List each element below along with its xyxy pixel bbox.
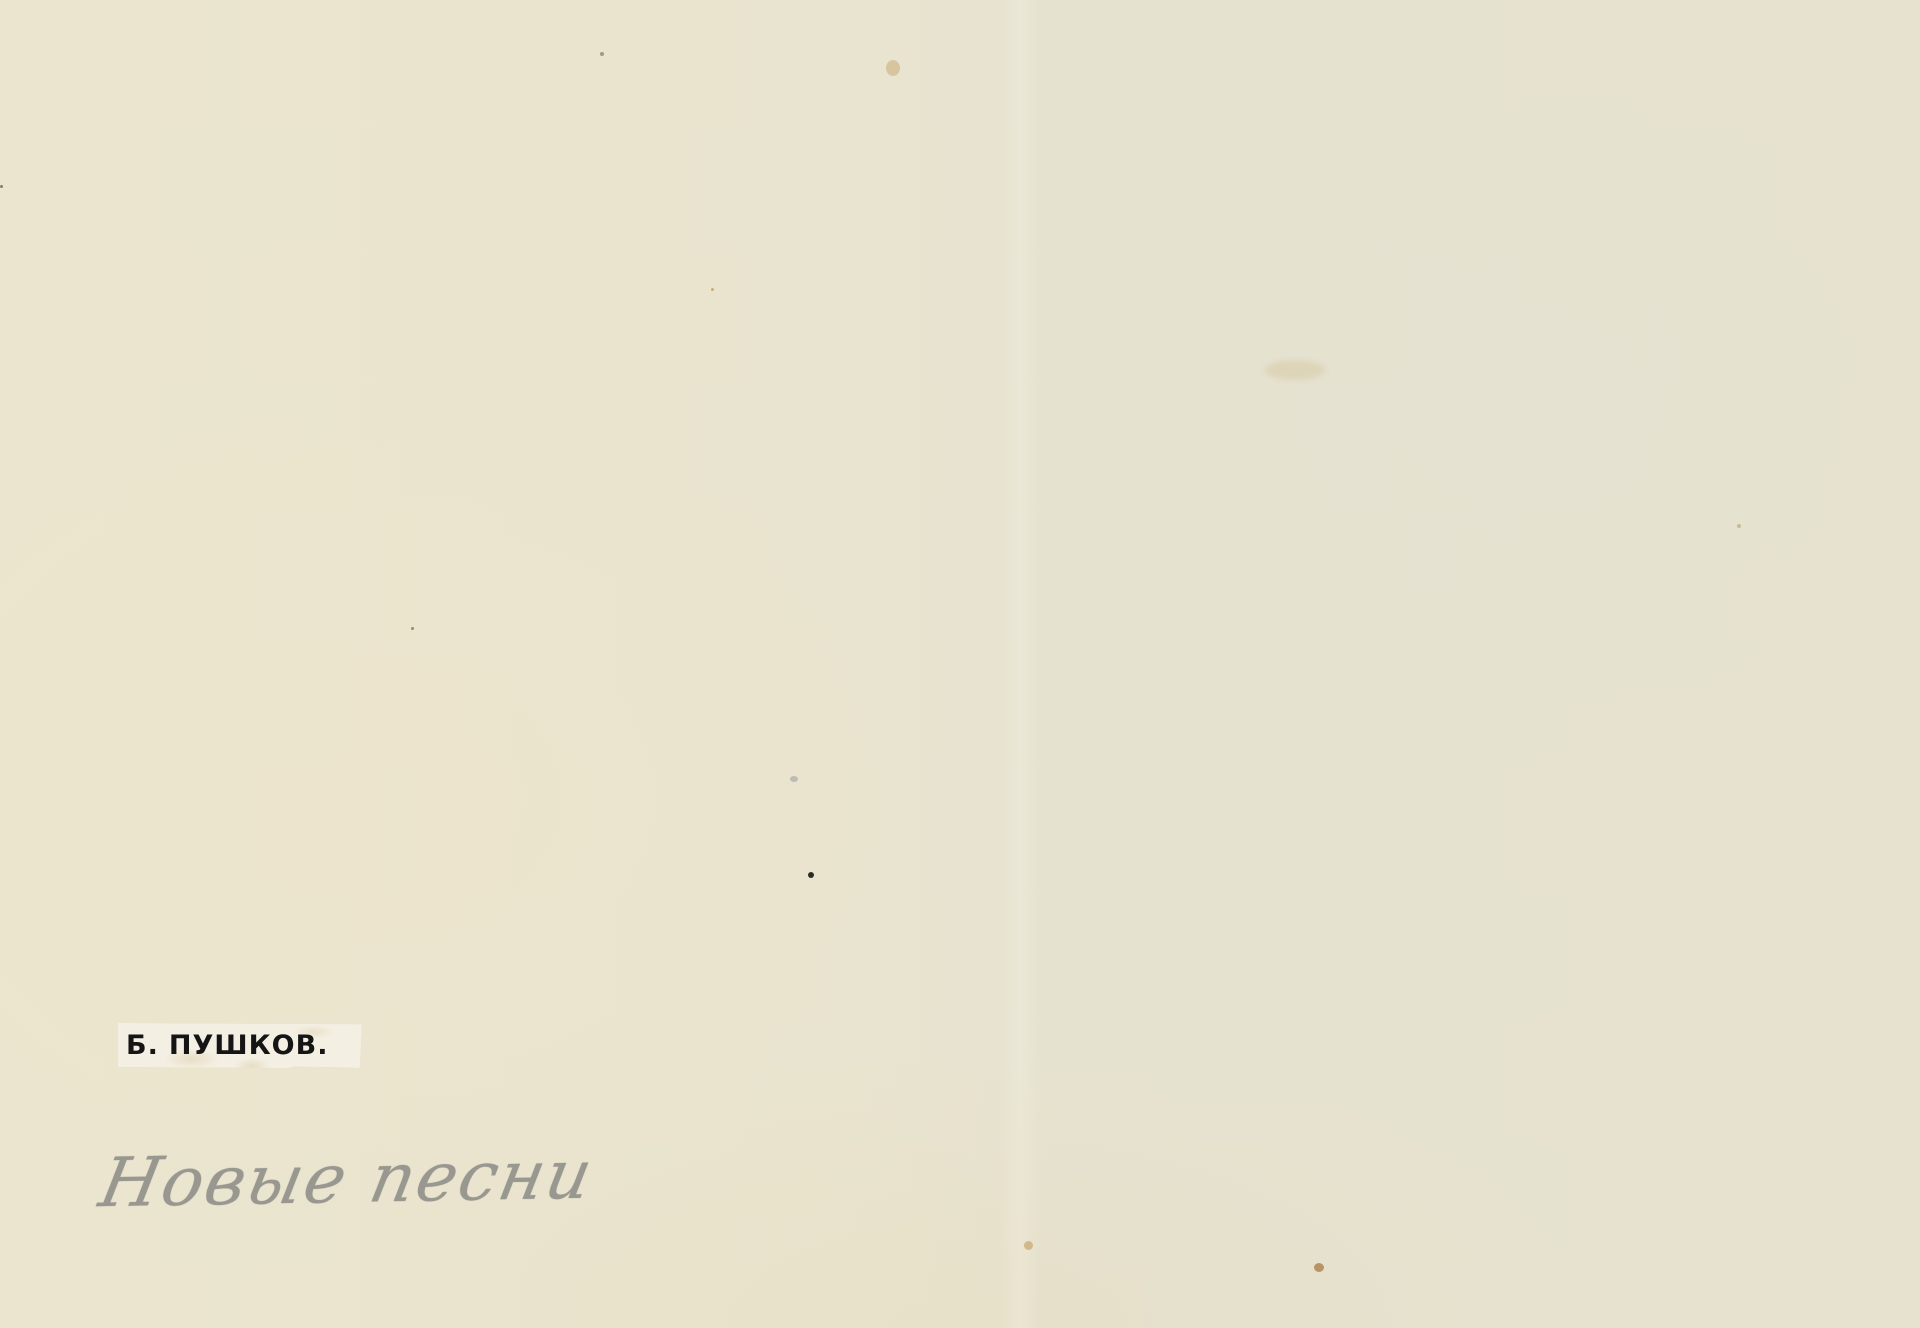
dirt-speck (0, 185, 3, 188)
author-surname: ПУШКОВ. (169, 1030, 329, 1061)
stain-speck (886, 60, 900, 76)
paper-fold-highlight (1000, 0, 1040, 1328)
author-name-label: Б.ПУШКОВ. (118, 1023, 362, 1068)
pencil-inscription: Новые песни (93, 1136, 600, 1224)
dirt-speck (600, 52, 604, 56)
dirt-speck (411, 627, 414, 630)
paper-sheet (0, 0, 1920, 1328)
author-name-text: Б.ПУШКОВ. (126, 1030, 328, 1061)
dirt-speck (1737, 524, 1741, 528)
dirt-speck (790, 776, 798, 782)
author-initial: Б. (126, 1030, 159, 1061)
stain-speck (1024, 1241, 1033, 1250)
stain-speck (1265, 360, 1325, 380)
stain-speck (1314, 1263, 1324, 1272)
dirt-speck (711, 288, 714, 291)
dirt-speck (808, 872, 814, 878)
